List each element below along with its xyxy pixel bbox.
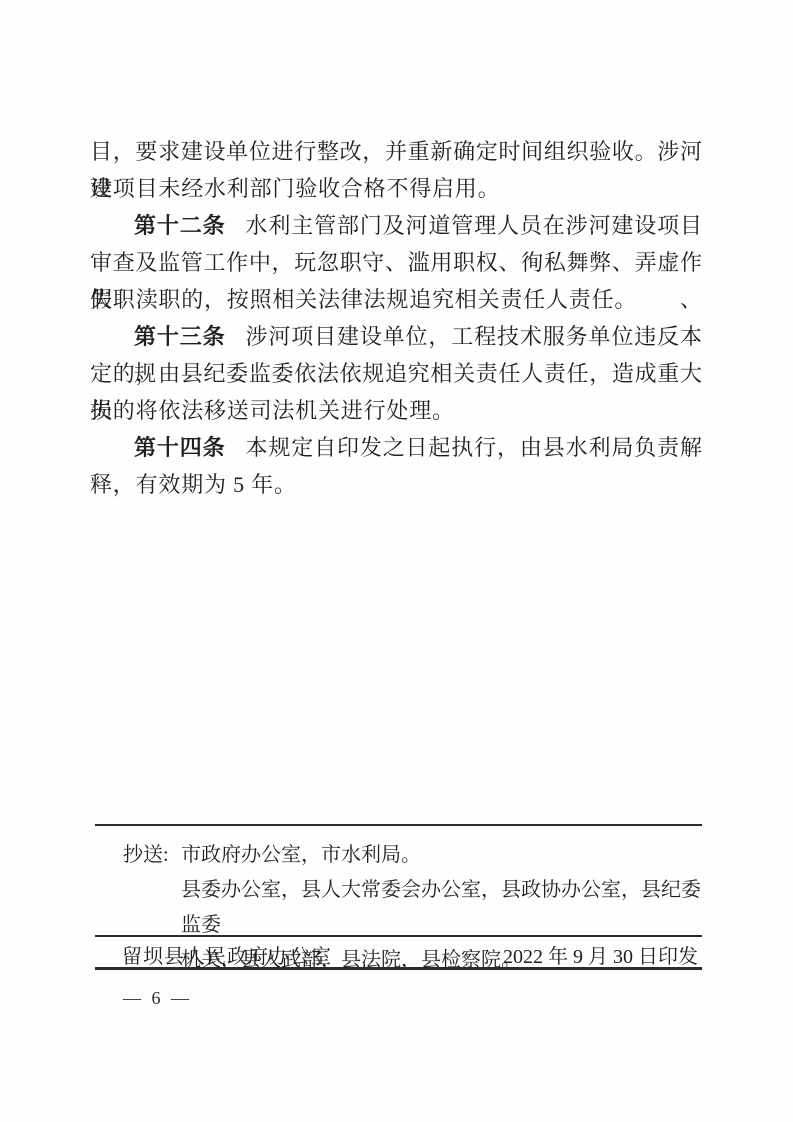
body-line: 目，要求建设单位进行整改，并重新确定时间组织验收。涉河建: [90, 133, 702, 170]
cc-row: 抄送: 市政府办公室，市水利局。: [95, 838, 702, 873]
cc-line: 县委办公室，县人大常委会办公室，县政协办公室，县纪委监委: [95, 873, 702, 943]
article-12-heading: 第十二条: [134, 213, 225, 238]
issuer-row: 留坝县人民政府办公室 2022 年 9 月 30 日印发: [122, 940, 698, 969]
page-number: — 6 —: [123, 988, 192, 1009]
body-line-text: 设项目未经水利部门验收合格不得启用。: [90, 176, 500, 201]
issuer-separator-top: [95, 935, 702, 937]
body-line-text: 失职渎职的，按照相关法律法规追究相关责任人责任。: [90, 287, 637, 312]
cc-separator-top: [95, 824, 702, 826]
body-line-text: 水利主管部门及河道管理人员在涉河建设项目: [245, 213, 702, 238]
body-line: 失职渎职的，按照相关法律法规追究相关责任人责任。: [90, 281, 702, 318]
document-page: 目，要求建设单位进行整改，并重新确定时间组织验收。涉河建 设项目未经水利部门验收…: [0, 0, 793, 1122]
body-line: 设项目未经水利部门验收合格不得启用。: [90, 170, 702, 207]
issuer-name: 留坝县人民政府办公室: [122, 940, 332, 969]
body-line: 审查及监管工作中，玩忽职守、滥用职权、徇私舞弊、弄虚作假、: [90, 244, 702, 281]
body-line: 释，有效期为 5 年。: [90, 466, 702, 503]
body-line-text: 本规定自印发之日起执行，由县水利局负责解: [245, 435, 702, 460]
body-line-text: 释，有效期为 5 年。: [90, 472, 297, 497]
body-line-text: 失的将依法移送司法机关进行处理。: [90, 398, 455, 423]
body-line-article-12: 第十二条水利主管部门及河道管理人员在涉河建设项目: [90, 207, 702, 244]
article-13-heading: 第十三条: [134, 324, 225, 349]
print-date: 2022 年 9 月 30 日印发: [503, 940, 698, 969]
body-line-article-14: 第十四条本规定自印发之日起执行，由县水利局负责解: [90, 429, 702, 466]
article-14-heading: 第十四条: [134, 435, 225, 460]
document-body: 目，要求建设单位进行整改，并重新确定时间组织验收。涉河建 设项目未经水利部门验收…: [90, 133, 702, 503]
cc-line: 市政府办公室，市水利局。: [181, 838, 421, 873]
body-line: 定的，由县纪委监委依法依规追究相关责任人责任，造成重大损: [90, 355, 702, 392]
body-line-article-13: 第十三条涉河项目建设单位，工程技术服务单位违反本规: [90, 318, 702, 355]
body-line: 失的将依法移送司法机关进行处理。: [90, 392, 702, 429]
issuer-separator-bottom: [95, 967, 702, 970]
cc-label: 抄送:: [123, 838, 181, 873]
